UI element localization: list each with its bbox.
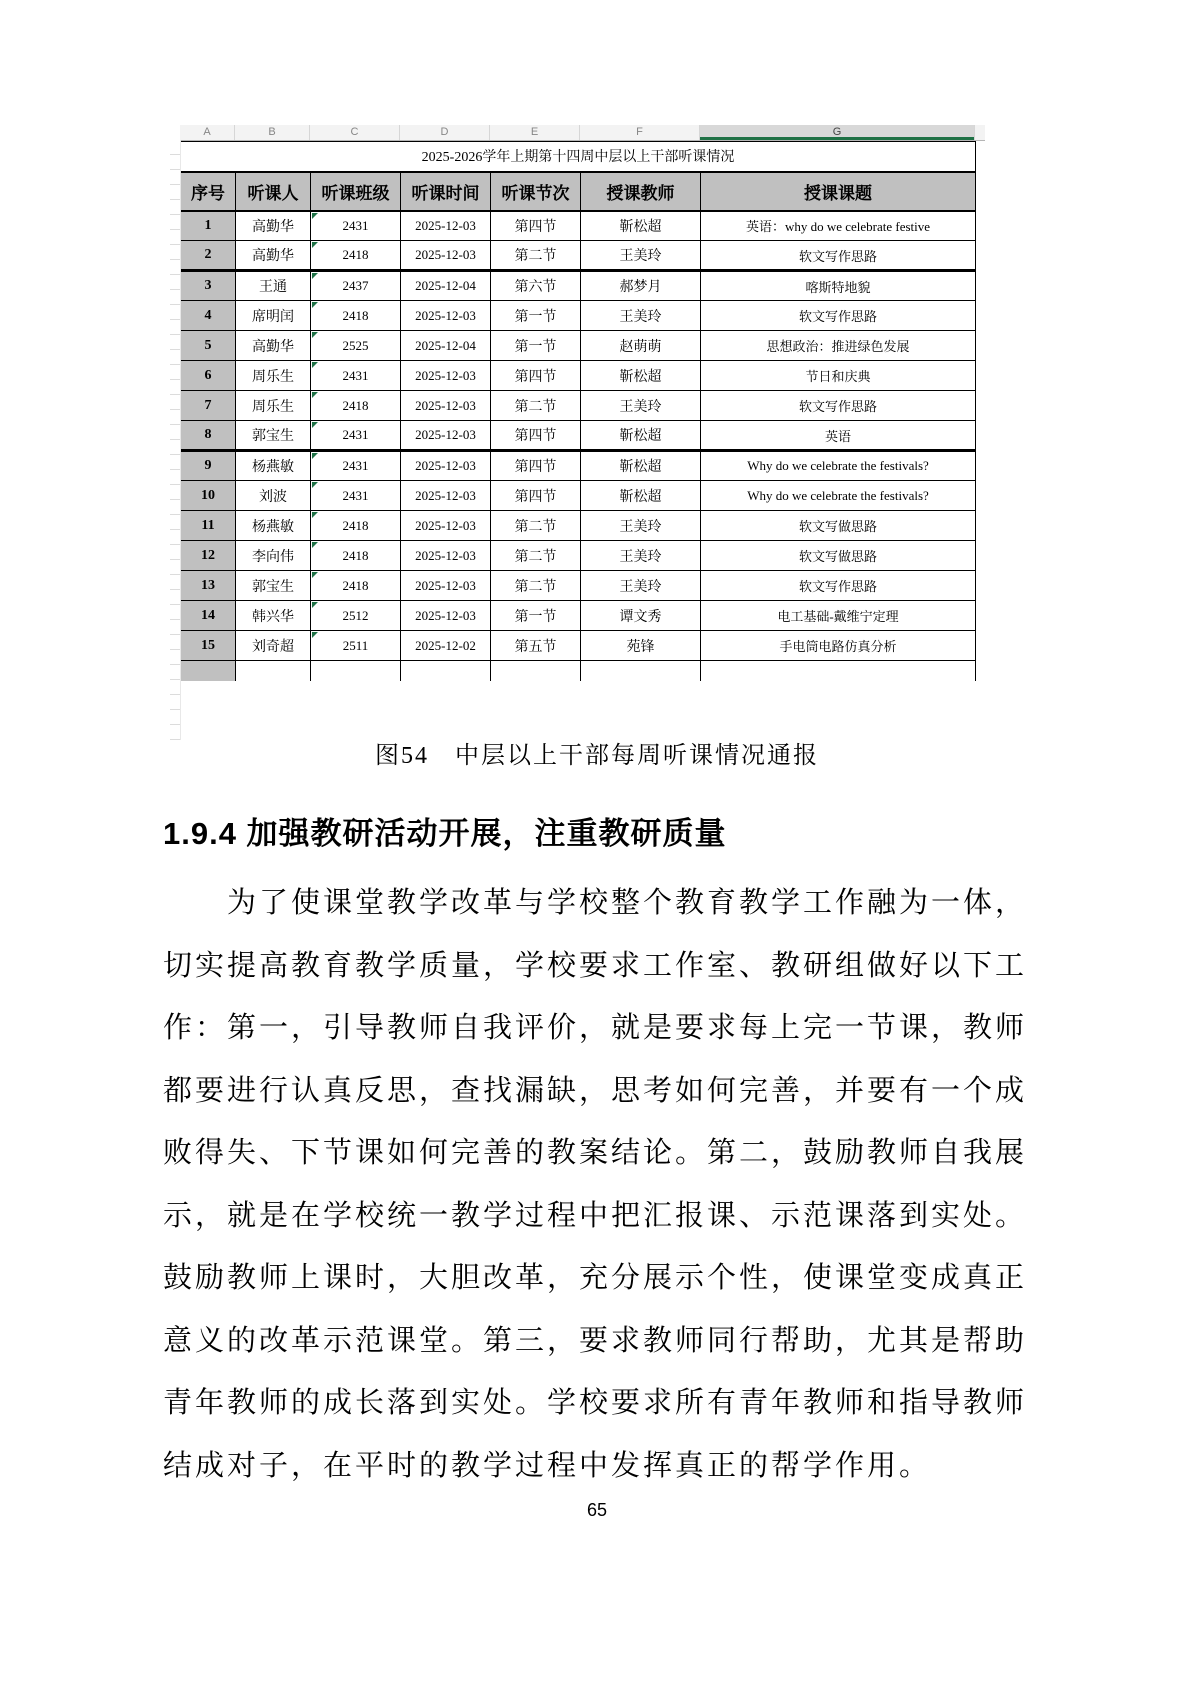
column-header: 听课班级 [311,172,401,211]
table-cell: 2418 [311,301,401,331]
table-cell: 8 [181,421,236,451]
table-cell: 王美玲 [581,571,701,601]
column-header: 授课课题 [701,172,976,211]
table-cell: 第二节 [491,571,581,601]
table-cell: 2 [181,241,236,271]
paragraph-line: 作：第一，引导教师自我评价，就是要求每上完一节课，教师 [163,997,1031,1060]
paragraph-line: 鼓励教师上课时，大胆改革，充分展示个性，使课堂变成真正 [163,1247,1031,1310]
table-cell: 2431 [311,481,401,511]
table-row: 6周乐生24312025-12-03第四节靳松超节日和庆典 [181,361,976,391]
table-cell: 英语：why do we celebrate festive [701,211,976,241]
table-cell: 思想政治：推进绿色发展 [701,331,976,361]
table-cell: 2431 [311,421,401,451]
green-corner-triangle-icon [312,572,318,578]
excel-column-letter: G [700,125,975,140]
table-cell: 2025-12-03 [401,421,491,451]
table-cell [311,661,401,681]
table-cell: 郝梦月 [581,271,701,301]
table-cell: 王通 [236,271,311,301]
green-corner-triangle-icon [312,242,318,248]
table-cell: 靳松超 [581,361,701,391]
table-cell: 谭文秀 [581,601,701,631]
page-number: 65 [163,1500,1031,1521]
table-cell: 2025-12-04 [401,331,491,361]
table-row: 5高勤华25252025-12-04第一节赵萌萌思想政治：推进绿色发展 [181,331,976,361]
partial-row [181,661,976,681]
table-cell: 2025-12-03 [401,571,491,601]
table-cell: 手电筒电路仿真分析 [701,631,976,661]
excel-column-letter: D [400,125,490,140]
table-cell: 第二节 [491,541,581,571]
table-cell: 第四节 [491,361,581,391]
excel-column-letter: B [235,125,310,140]
table-cell: 杨燕敏 [236,511,311,541]
table-cell: 赵萌萌 [581,331,701,361]
table-cell: 郭宝生 [236,421,311,451]
table-row: 13郭宝生24182025-12-03第二节王美玲软文写作思路 [181,571,976,601]
table-cell: 杨燕敏 [236,451,311,481]
table-cell: 软文写作思路 [701,571,976,601]
table-cell: 2418 [311,241,401,271]
table-cell: 13 [181,571,236,601]
green-corner-triangle-icon [312,632,318,638]
table-cell: 靳松超 [581,421,701,451]
table-cell: 第一节 [491,601,581,631]
table-cell: 2025-12-03 [401,301,491,331]
green-corner-triangle-icon [312,213,318,219]
green-corner-triangle-icon [312,273,318,279]
table-row: 4席明闰24182025-12-03第一节王美玲软文写作思路 [181,301,976,331]
table-row: 9杨燕敏24312025-12-03第四节靳松超Why do we celebr… [181,451,976,481]
table-row: 14韩兴华25122025-12-03第一节谭文秀电工基础-戴维宁定理 [181,601,976,631]
table-cell: 软文写作思路 [701,301,976,331]
table-row: 1高勤华24312025-12-03第四节靳松超英语：why do we cel… [181,211,976,241]
table-cell: 王美玲 [581,301,701,331]
excel-column-letter: A [180,125,235,140]
table-cell: 高勤华 [236,211,311,241]
green-corner-triangle-icon [312,362,318,368]
figure-caption: 图54 中层以上干部每周听课情况通报 [163,735,1031,770]
table-cell: 第四节 [491,421,581,451]
green-corner-triangle-icon [312,453,318,459]
excel-column-letter: C [310,125,400,140]
table-cell: 席明闰 [236,301,311,331]
table-cell: 第二节 [491,391,581,421]
green-corner-triangle-icon [312,512,318,518]
table-cell: 2431 [311,451,401,481]
table-cell: 王美玲 [581,391,701,421]
table-cell: 软文写作思路 [701,391,976,421]
table-cell: 9 [181,451,236,481]
table-row: 8郭宝生24312025-12-03第四节靳松超英语 [181,421,976,451]
table-cell: 第六节 [491,271,581,301]
table-cell: 2025-12-02 [401,631,491,661]
table-cell: 2437 [311,271,401,301]
column-header: 序号 [181,172,236,211]
table-title: 2025-2026学年上期第十四周中层以上干部听课情况 [181,142,976,172]
table-cell: 苑锋 [581,631,701,661]
table-cell: 1 [181,211,236,241]
table-cell: 3 [181,271,236,301]
table-cell: 2025-12-03 [401,541,491,571]
green-corner-triangle-icon [312,332,318,338]
paragraph-line: 败得失、下节课如何完善的教案结论。第二，鼓励教师自我展 [163,1122,1031,1185]
table-cell: 电工基础-戴维宁定理 [701,601,976,631]
column-header: 听课时间 [401,172,491,211]
table-cell: 2025-12-03 [401,211,491,241]
green-corner-triangle-icon [312,422,318,428]
table-cell: 软文写作思路 [701,241,976,271]
table-cell: 2418 [311,511,401,541]
table-cell: 2025-12-03 [401,451,491,481]
table-cell: 第一节 [491,331,581,361]
table-cell: 靳松超 [581,451,701,481]
listening-table-body: 2025-2026学年上期第十四周中层以上干部听课情况 序号听课人听课班级听课时… [181,142,976,681]
table-cell: 15 [181,631,236,661]
green-corner-triangle-icon [312,542,318,548]
table-cell: 韩兴华 [236,601,311,631]
table-cell: 11 [181,511,236,541]
spreadsheet-figure: ABCDEFG 2025-2026学年上期第十四周中层以上干部听课情况 序号听课… [170,125,985,681]
excel-column-letter: E [490,125,580,140]
paragraph-line: 意义的改革示范课堂。第三，要求教师同行帮助，尤其是帮助 [163,1310,1031,1373]
column-header: 听课人 [236,172,311,211]
table-row: 3王通24372025-12-04第六节郝梦月喀斯特地貌 [181,271,976,301]
table-cell: Why do we celebrate the festivals? [701,481,976,511]
table-header-row: 序号听课人听课班级听课时间听课节次授课教师授课课题 [181,172,976,211]
paragraph-line: 切实提高教育教学质量，学校要求工作室、教研组做好以下工 [163,935,1031,998]
table-cell: 2025-12-03 [401,391,491,421]
table-cell: 李向伟 [236,541,311,571]
green-corner-triangle-icon [312,302,318,308]
table-cell: 2511 [311,631,401,661]
table-cell: 14 [181,601,236,631]
green-corner-triangle-icon [312,602,318,608]
table-cell [401,661,491,681]
table-cell: Why do we celebrate the festivals? [701,451,976,481]
section-heading: 1.9.4 加强教研活动开展，注重教研质量 [163,808,1063,853]
table-cell [701,661,976,681]
table-cell: 周乐生 [236,361,311,391]
body-paragraph: 为了使课堂教学改革与学校整个教育教学工作融为一体，切实提高教育教学质量，学校要求… [163,872,1031,1497]
table-cell: 10 [181,481,236,511]
green-corner-triangle-icon [312,392,318,398]
table-cell: 王美玲 [581,541,701,571]
table-cell: 软文写做思路 [701,541,976,571]
green-corner-triangle-icon [312,482,318,488]
paragraph-line: 为了使课堂教学改革与学校整个教育教学工作融为一体， [163,872,1031,935]
table-row: 10刘波24312025-12-03第四节靳松超Why do we celebr… [181,481,976,511]
table-cell [491,661,581,681]
table-cell: 2025-12-03 [401,361,491,391]
table-cell: 7 [181,391,236,421]
table-cell: 2025-12-03 [401,511,491,541]
table-cell: 第五节 [491,631,581,661]
table-cell: 5 [181,331,236,361]
table-cell: 2431 [311,361,401,391]
table-cell: 第二节 [491,511,581,541]
table-cell: 周乐生 [236,391,311,421]
table-cell [581,661,701,681]
table-cell: 节日和庆典 [701,361,976,391]
table-cell: 喀斯特地貌 [701,271,976,301]
excel-column-letter: F [580,125,700,140]
table-cell: 2025-12-03 [401,601,491,631]
table-cell: 6 [181,361,236,391]
table-row: 11杨燕敏24182025-12-03第二节王美玲软文写做思路 [181,511,976,541]
table-row: 15刘奇超25112025-12-02第五节苑锋手电筒电路仿真分析 [181,631,976,661]
paragraph-line: 都要进行认真反思，查找漏缺，思考如何完善，并要有一个成 [163,1060,1031,1123]
table-row: 7周乐生24182025-12-03第二节王美玲软文写作思路 [181,391,976,421]
table-cell: 第二节 [491,241,581,271]
table-cell: 4 [181,301,236,331]
table-cell: 2418 [311,391,401,421]
table-cell: 第四节 [491,481,581,511]
table-cell: 2025-12-03 [401,241,491,271]
column-header: 听课节次 [491,172,581,211]
table-cell: 第一节 [491,301,581,331]
table-cell: 靳松超 [581,211,701,241]
table-cell: 靳松超 [581,481,701,511]
table-cell [181,661,236,681]
table-cell: 2418 [311,571,401,601]
table-cell: 2418 [311,541,401,571]
table-cell: 刘波 [236,481,311,511]
column-header: 授课教师 [581,172,701,211]
table-row: 2高勤华24182025-12-03第二节王美玲软文写作思路 [181,241,976,271]
excel-column-letters: ABCDEFG [180,125,985,141]
table-cell: 2025-12-03 [401,481,491,511]
table-cell: 第四节 [491,451,581,481]
listening-table: 2025-2026学年上期第十四周中层以上干部听课情况 序号听课人听课班级听课时… [180,141,976,681]
table-cell: 2025-12-04 [401,271,491,301]
excel-row-gridline-strip [170,140,181,740]
table-cell: 2512 [311,601,401,631]
table-cell: 王美玲 [581,241,701,271]
table-cell: 高勤华 [236,241,311,271]
table-cell: 高勤华 [236,331,311,361]
paragraph-line: 青年教师的成长落到实处。学校要求所有青年教师和指导教师 [163,1372,1031,1435]
table-cell: 2431 [311,211,401,241]
table-title-row: 2025-2026学年上期第十四周中层以上干部听课情况 [181,142,976,172]
table-cell: 第四节 [491,211,581,241]
paragraph-line: 示，就是在学校统一教学过程中把汇报课、示范课落到实处。 [163,1185,1031,1248]
table-cell: 软文写做思路 [701,511,976,541]
table-cell: 郭宝生 [236,571,311,601]
table-cell: 王美玲 [581,511,701,541]
table-cell: 12 [181,541,236,571]
paragraph-line: 结成对子，在平时的教学过程中发挥真正的帮学作用。 [163,1435,1031,1498]
table-row: 12李向伟24182025-12-03第二节王美玲软文写做思路 [181,541,976,571]
table-cell: 2525 [311,331,401,361]
table-cell: 英语 [701,421,976,451]
table-cell: 刘奇超 [236,631,311,661]
table-cell [236,661,311,681]
